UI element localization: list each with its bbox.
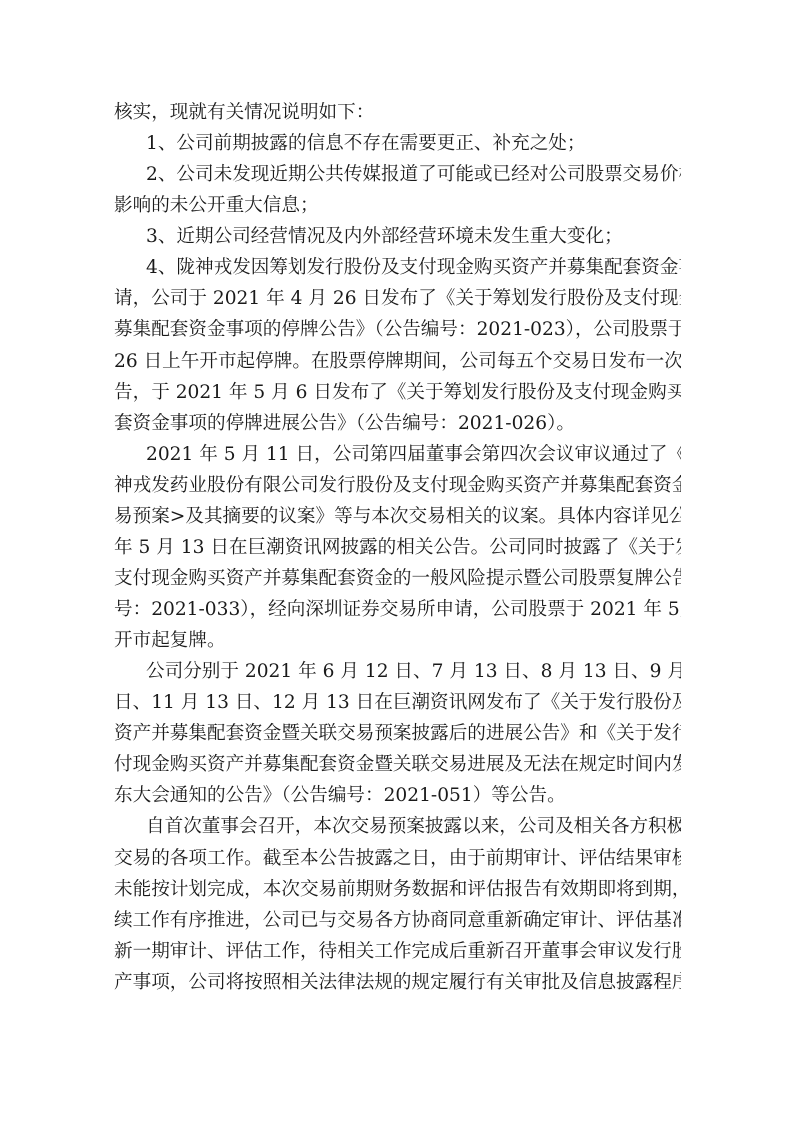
text-line: 年 5 月 13 日在巨潮资讯网披露的相关公告。公司同时披露了《关于发行股份及 — [114, 532, 681, 563]
paragraph-item-2: 2、公司未发现近期公共传媒报道了可能或已经对公司股票交易价格产生较大影响的未公开… — [114, 159, 681, 221]
text-line: 新一期审计、评估工作，待相关工作完成后重新召开董事会审议发行股份购买资 — [114, 936, 681, 967]
text-line: 付现金购买资产并募集配套资金暨关联交易进展及无法在规定时间内发出召开股 — [114, 749, 681, 780]
text-line: 支付现金购买资产并募集配套资金的一般风险提示暨公司股票复牌公告》（公告编 — [114, 563, 681, 594]
paragraph-progress-announcements: 公司分别于 2021 年 6 月 12 日、7 月 13 日、8 月 13 日、… — [114, 656, 681, 811]
text-line: 1、公司前期披露的信息不存在需要更正、补充之处； — [114, 128, 681, 159]
text-line: 请，公司于 2021 年 4 月 26 日发布了《关于筹划发行股份及支付现金购买… — [114, 283, 681, 314]
text-line: 2、公司未发现近期公共传媒报道了可能或已经对公司股票交易价格产生较大 — [114, 159, 681, 190]
text-line: 资产并募集配套资金暨关联交易预案披露后的进展公告》和《关于发行股份及支 — [114, 718, 681, 749]
paragraph-item-3: 3、近期公司经营情况及内外部经营环境未发生重大变化； — [114, 221, 681, 252]
text-line: 核实，现就有关情况说明如下： — [114, 97, 681, 128]
text-line: 4、陇神戎发因筹划发行股份及支付现金购买资产并募集配套资金事项，经申 — [114, 252, 681, 283]
text-line: 东大会通知的公告》（公告编号：2021-051）等公告。 — [114, 780, 681, 811]
document-body: 核实，现就有关情况说明如下：1、公司前期披露的信息不存在需要更正、补充之处；2、… — [114, 97, 681, 998]
text-line: 募集配套资金事项的停牌公告》（公告编号：2021-023），公司股票于 2021… — [114, 314, 681, 345]
text-line: 告，于 2021 年 5 月 6 日发布了《关于筹划发行股份及支付现金购买资产并… — [114, 377, 681, 408]
paragraph-board-meeting: 2021 年 5 月 11 日，公司第四届董事会第四次会议审议通过了《关于<甘肃… — [114, 439, 681, 656]
text-line: 交易的各项工作。截至本公告披露之日，由于前期审计、评估结果审核确认工作 — [114, 843, 681, 874]
text-line: 未能按计划完成，本次交易前期财务数据和评估报告有效期即将到期，为确保后 — [114, 874, 681, 905]
text-line: 产事项，公司将按照相关法律法规的规定履行有关审批及信息披露程序。 — [114, 967, 681, 998]
text-line: 26 日上午开市起停牌。在股票停牌期间，公司每五个交易日发布一次停牌进展公 — [114, 346, 681, 377]
text-line: 开市起复牌。 — [114, 625, 681, 656]
paragraph-item-4: 4、陇神戎发因筹划发行股份及支付现金购买资产并募集配套资金事项，经申请，公司于 … — [114, 252, 681, 438]
text-line: 影响的未公开重大信息； — [114, 190, 681, 221]
text-line: 3、近期公司经营情况及内外部经营环境未发生重大变化； — [114, 221, 681, 252]
text-line: 2021 年 5 月 11 日，公司第四届董事会第四次会议审议通过了《关于<甘肃… — [114, 439, 681, 470]
paragraph-item-1: 1、公司前期披露的信息不存在需要更正、补充之处； — [114, 128, 681, 159]
text-line: 日、11 月 13 日、12 月 13 日在巨潮资讯网发布了《关于发行股份及支付… — [114, 687, 681, 718]
document-page: 核实，现就有关情况说明如下：1、公司前期披露的信息不存在需要更正、补充之处；2、… — [0, 0, 793, 1122]
text-line: 易预案>及其摘要的议案》等与本次交易相关的议案。具体内容详见公司于 2021 — [114, 501, 681, 532]
text-line: 公司分别于 2021 年 6 月 12 日、7 月 13 日、8 月 13 日、… — [114, 656, 681, 687]
text-line: 神戎发药业股份有限公司发行股份及支付现金购买资产并募集配套资金暨关联交 — [114, 470, 681, 501]
text-line: 自首次董事会召开，本次交易预案披露以来，公司及相关各方积极推进本次 — [114, 811, 681, 842]
text-line: 续工作有序推进，公司已与交易各方协商同意重新确定审计、评估基准日，开展 — [114, 905, 681, 936]
text-line: 套资金事项的停牌进展公告》（公告编号：2021-026）。 — [114, 408, 681, 439]
paragraph-current-status: 自首次董事会召开，本次交易预案披露以来，公司及相关各方积极推进本次交易的各项工作… — [114, 811, 681, 997]
text-line: 号：2021-033），经向深圳证券交易所申请，公司股票于 2021 年 5月 … — [114, 594, 681, 625]
paragraph-intro: 核实，现就有关情况说明如下： — [114, 97, 681, 128]
